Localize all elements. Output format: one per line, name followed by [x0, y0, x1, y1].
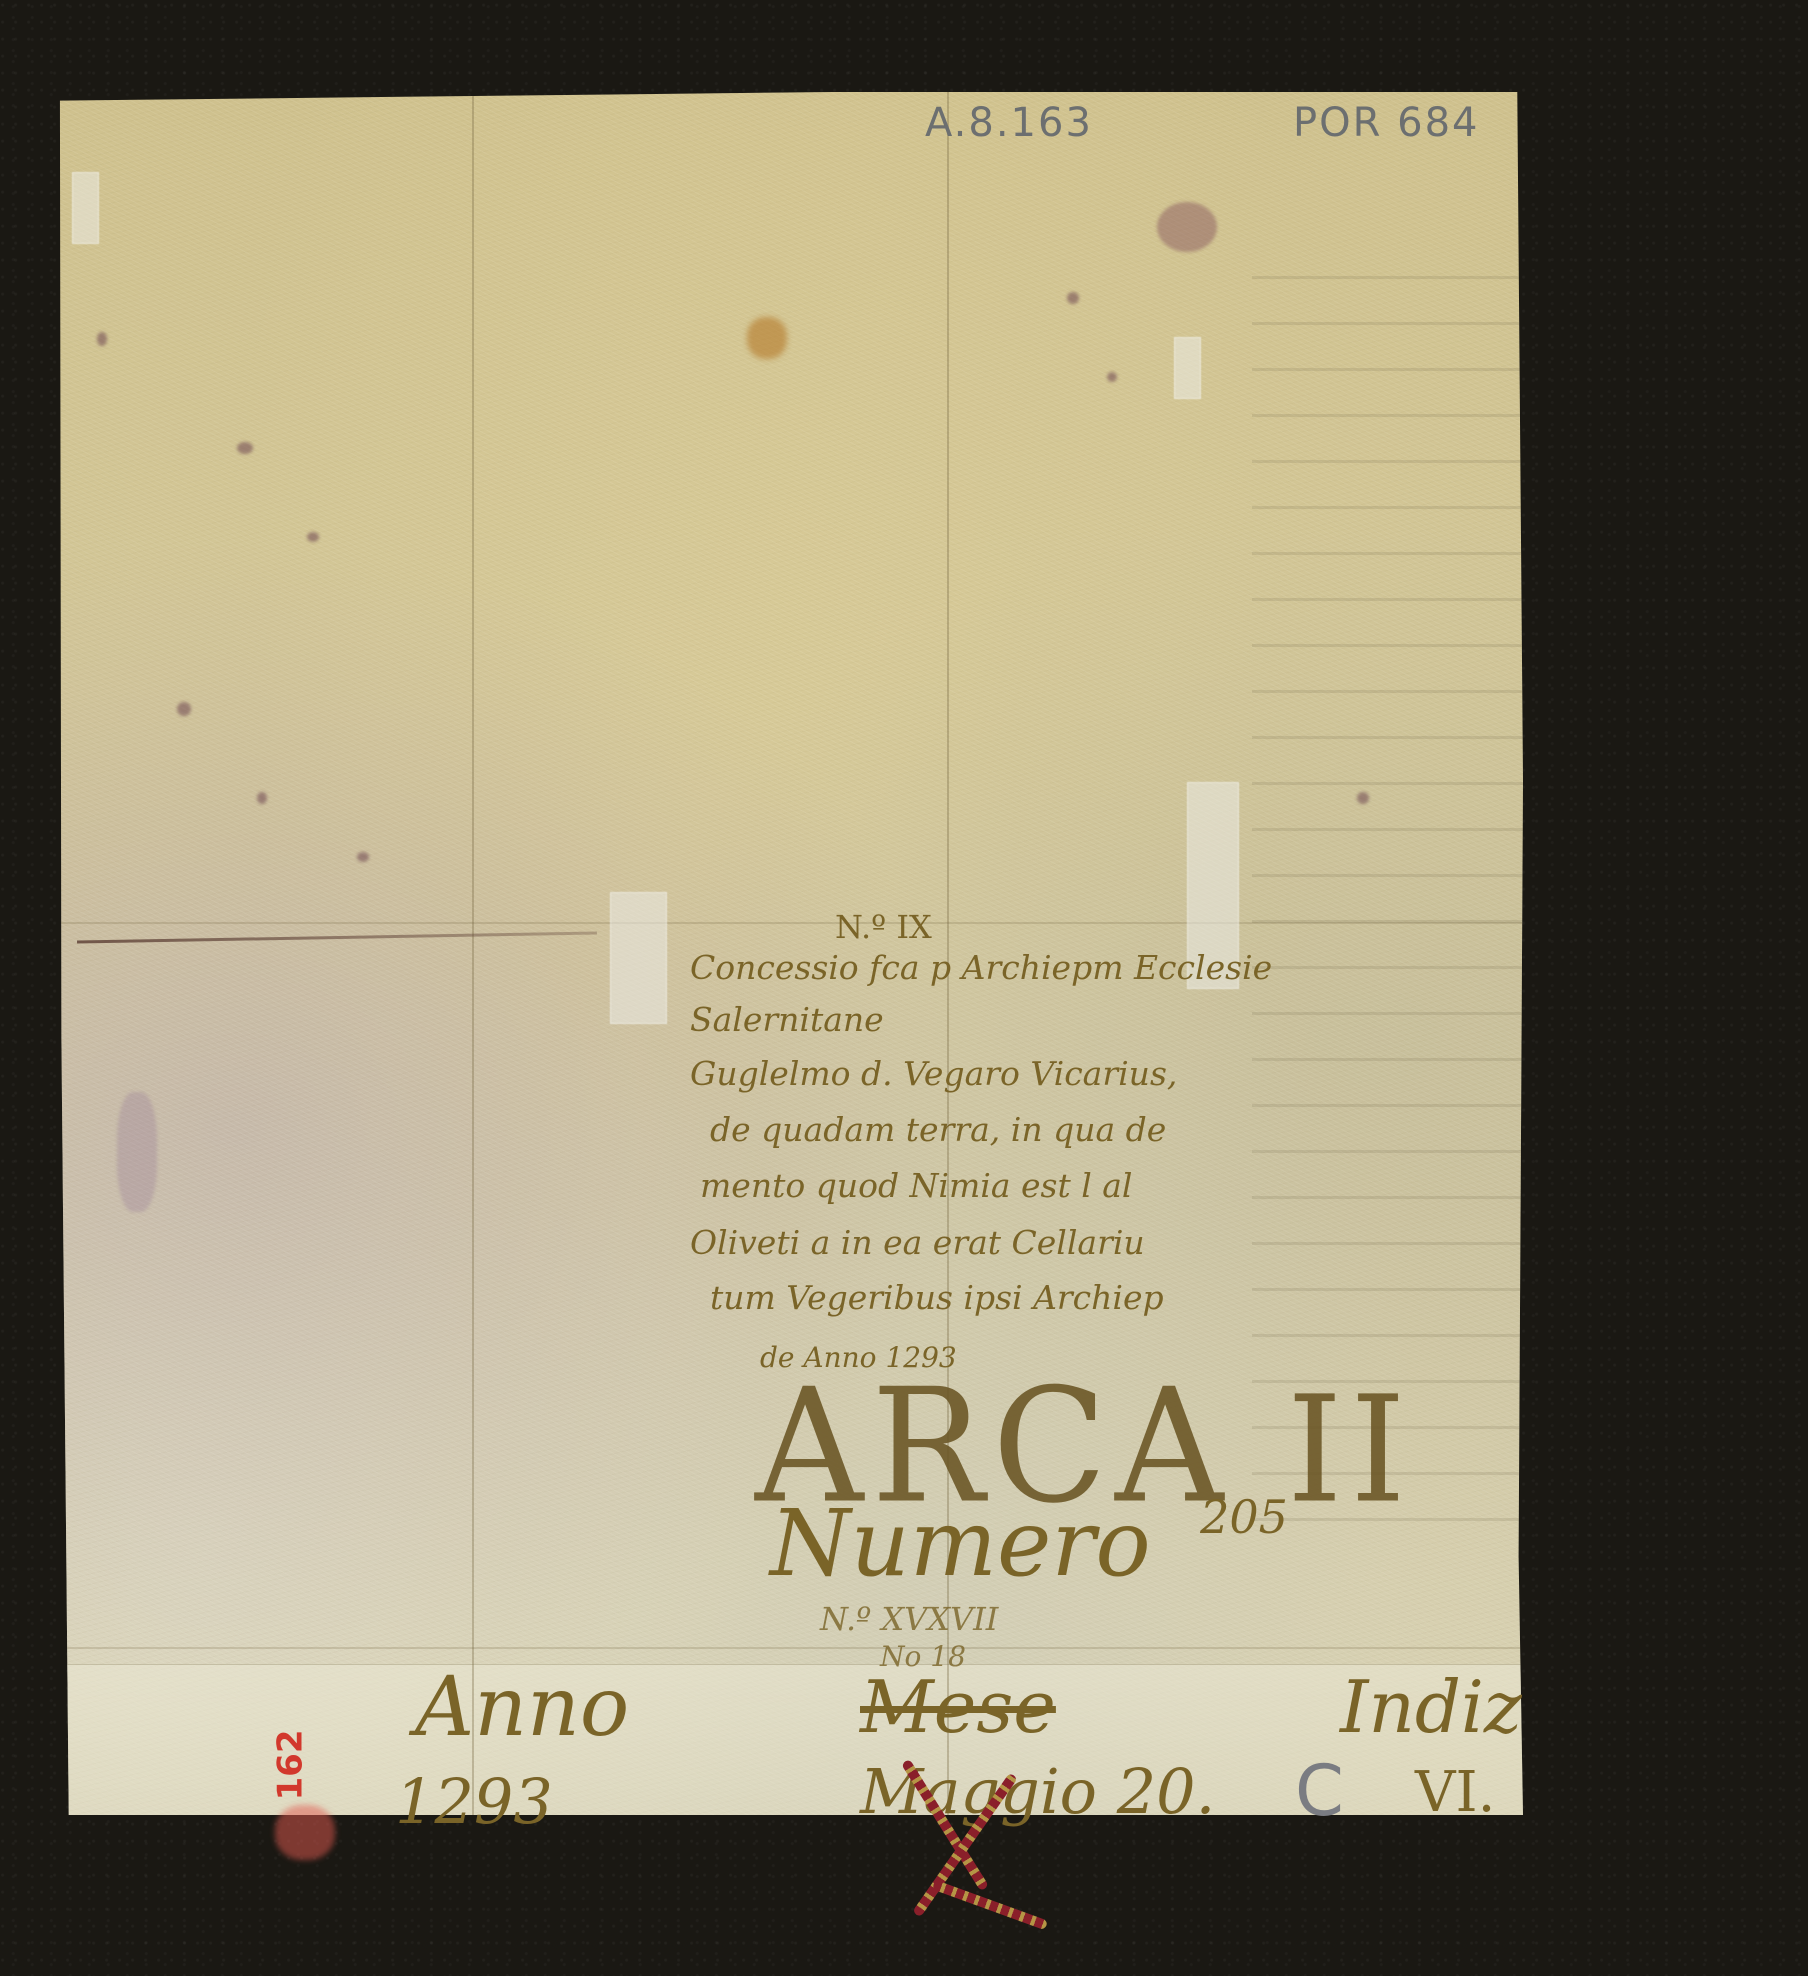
numero-value: 205: [1200, 1490, 1288, 1544]
repair-tape: [610, 892, 667, 1024]
foxing-spot: [307, 532, 319, 542]
anno-label: Anno: [415, 1660, 629, 1755]
endorsement-line: tum Vegeribus ipsi Archiep: [710, 1270, 1164, 1326]
foxing-spot: [1107, 372, 1117, 382]
endorsement-line: Oliveti a in ea erat Cellariu: [690, 1215, 1145, 1271]
arca-number: II: [1287, 1365, 1414, 1536]
foxing-spot: [357, 852, 369, 862]
pencil-shelfmark: A.8.163: [925, 100, 1093, 146]
foxing-spot: [237, 442, 253, 454]
endorsement-line: Guglelmo d. Vegaro Vicarius,: [690, 1046, 1177, 1102]
endorsement-line: Concessio fca p Archiepm Ecclesie: [690, 940, 1272, 996]
endorsement-line: de quadam terra, in qua de: [710, 1102, 1166, 1158]
foxing-spot: [1357, 792, 1369, 804]
anno-value: 1293: [395, 1765, 553, 1838]
red-stamp-blot: [275, 1805, 335, 1860]
indiz-value: VI.: [1415, 1760, 1495, 1825]
foxing-spot: [1067, 292, 1079, 304]
endorsement-line: Salernitane: [690, 992, 884, 1048]
vertical-fold-line: [472, 92, 474, 1815]
foxing-patch: [117, 1092, 157, 1212]
show-through-text: [1252, 242, 1552, 1542]
red-stamp-number: 162: [270, 1730, 310, 1801]
numero-label: Numero 205: [770, 1490, 1288, 1597]
foxing-spot: [177, 702, 191, 716]
mese-label: Mese: [860, 1665, 1056, 1749]
pencil-catalog-number: POR 684: [1293, 100, 1479, 146]
endorsement-line: mento quod Nimia est l al: [700, 1158, 1132, 1214]
pencil-c-mark: C: [1295, 1750, 1346, 1832]
sub-reference: N.º XVXVII: [820, 1600, 998, 1638]
indiz-label: Indiz: [1340, 1665, 1522, 1749]
numero-title: Numero: [770, 1490, 1151, 1597]
foxing-spot: [97, 332, 107, 346]
foxing-patch: [1157, 202, 1217, 252]
ink-stain: [747, 317, 787, 359]
horizontal-fold-line: [57, 1647, 1523, 1649]
repair-tape: [1174, 337, 1201, 399]
foxing-spot: [257, 792, 267, 804]
repair-tape: [72, 172, 99, 244]
